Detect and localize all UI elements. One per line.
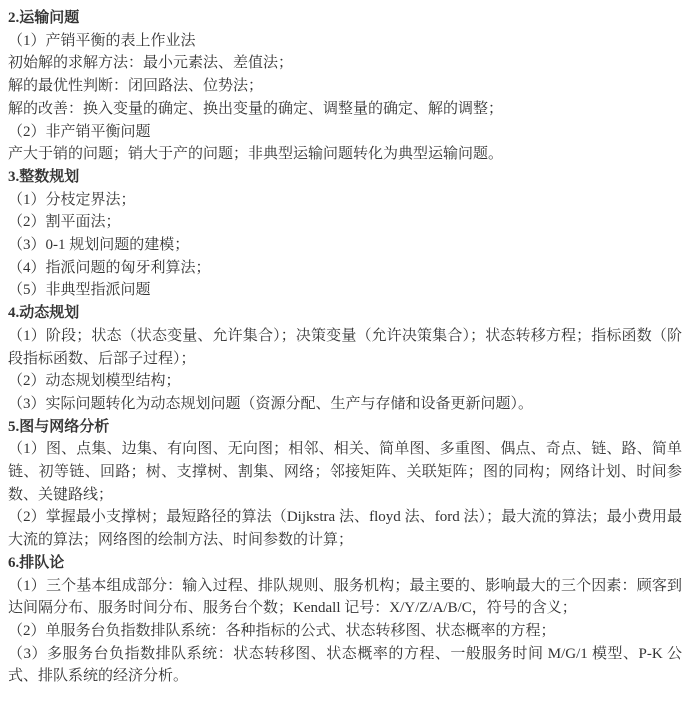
- paragraph: 解的改善：换入变量的确定、换出变量的确定、调整量的确定、解的调整；: [8, 98, 682, 121]
- section-heading: 4.动态规划: [8, 302, 682, 325]
- section-transportation-problem: 2.运输问题 （1）产销平衡的表上作业法 初始解的求解方法：最小元素法、差值法；…: [8, 7, 682, 166]
- section-heading: 6.排队论: [8, 552, 682, 575]
- section-heading: 2.运输问题: [8, 7, 682, 30]
- document-page: 2.运输问题 （1）产销平衡的表上作业法 初始解的求解方法：最小元素法、差值法；…: [0, 0, 692, 704]
- section-dynamic-programming: 4.动态规划 （1）阶段；状态（状态变量、允许集合）；决策变量（允许决策集合）；…: [8, 302, 682, 416]
- section-heading: 3.整数规划: [8, 166, 682, 189]
- paragraph: （2）割平面法；: [8, 211, 682, 234]
- paragraph: （1）阶段；状态（状态变量、允许集合）；决策变量（允许决策集合）；状态转移方程；…: [8, 325, 682, 370]
- section-heading: 5.图与网络分析: [8, 416, 682, 439]
- paragraph: （3）实际问题转化为动态规划问题（资源分配、生产与存储和设备更新问题）。: [8, 393, 682, 416]
- paragraph: （3）0-1 规划问题的建模；: [8, 234, 682, 257]
- section-integer-programming: 3.整数规划 （1）分枝定界法； （2）割平面法； （3）0-1 规划问题的建模…: [8, 166, 682, 302]
- paragraph: 解的最优性判断：闭回路法、位势法；: [8, 75, 682, 98]
- paragraph: （2）掌握最小支撑树；最短路径的算法（Dijkstra 法、floyd 法、fo…: [8, 506, 682, 551]
- paragraph: 产大于销的问题；销大于产的问题；非典型运输问题转化为典型运输问题。: [8, 143, 682, 166]
- paragraph: （4）指派问题的匈牙利算法；: [8, 257, 682, 280]
- paragraph: （2）动态规划模型结构；: [8, 370, 682, 393]
- paragraph: 初始解的求解方法：最小元素法、差值法；: [8, 52, 682, 75]
- section-graph-network-analysis: 5.图与网络分析 （1）图、点集、边集、有向图、无向图；相邻、相关、简单图、多重…: [8, 416, 682, 552]
- paragraph: （1）图、点集、边集、有向图、无向图；相邻、相关、简单图、多重图、偶点、奇点、链…: [8, 438, 682, 506]
- paragraph: （1）产销平衡的表上作业法: [8, 30, 682, 53]
- paragraph: （2）非产销平衡问题: [8, 121, 682, 144]
- section-queueing-theory: 6.排队论 （1）三个基本组成部分：输入过程、排队规则、服务机构；最主要的、影响…: [8, 552, 682, 688]
- paragraph: （5）非典型指派问题: [8, 279, 682, 302]
- paragraph: （2）单服务台负指数排队系统：各种指标的公式、状态转移图、状态概率的方程；: [8, 620, 682, 643]
- paragraph: （1）分枝定界法；: [8, 189, 682, 212]
- paragraph: （3）多服务台负指数排队系统：状态转移图、状态概率的方程、一般服务时间 M/G/…: [8, 643, 682, 688]
- paragraph: （1）三个基本组成部分：输入过程、排队规则、服务机构；最主要的、影响最大的三个因…: [8, 575, 682, 620]
